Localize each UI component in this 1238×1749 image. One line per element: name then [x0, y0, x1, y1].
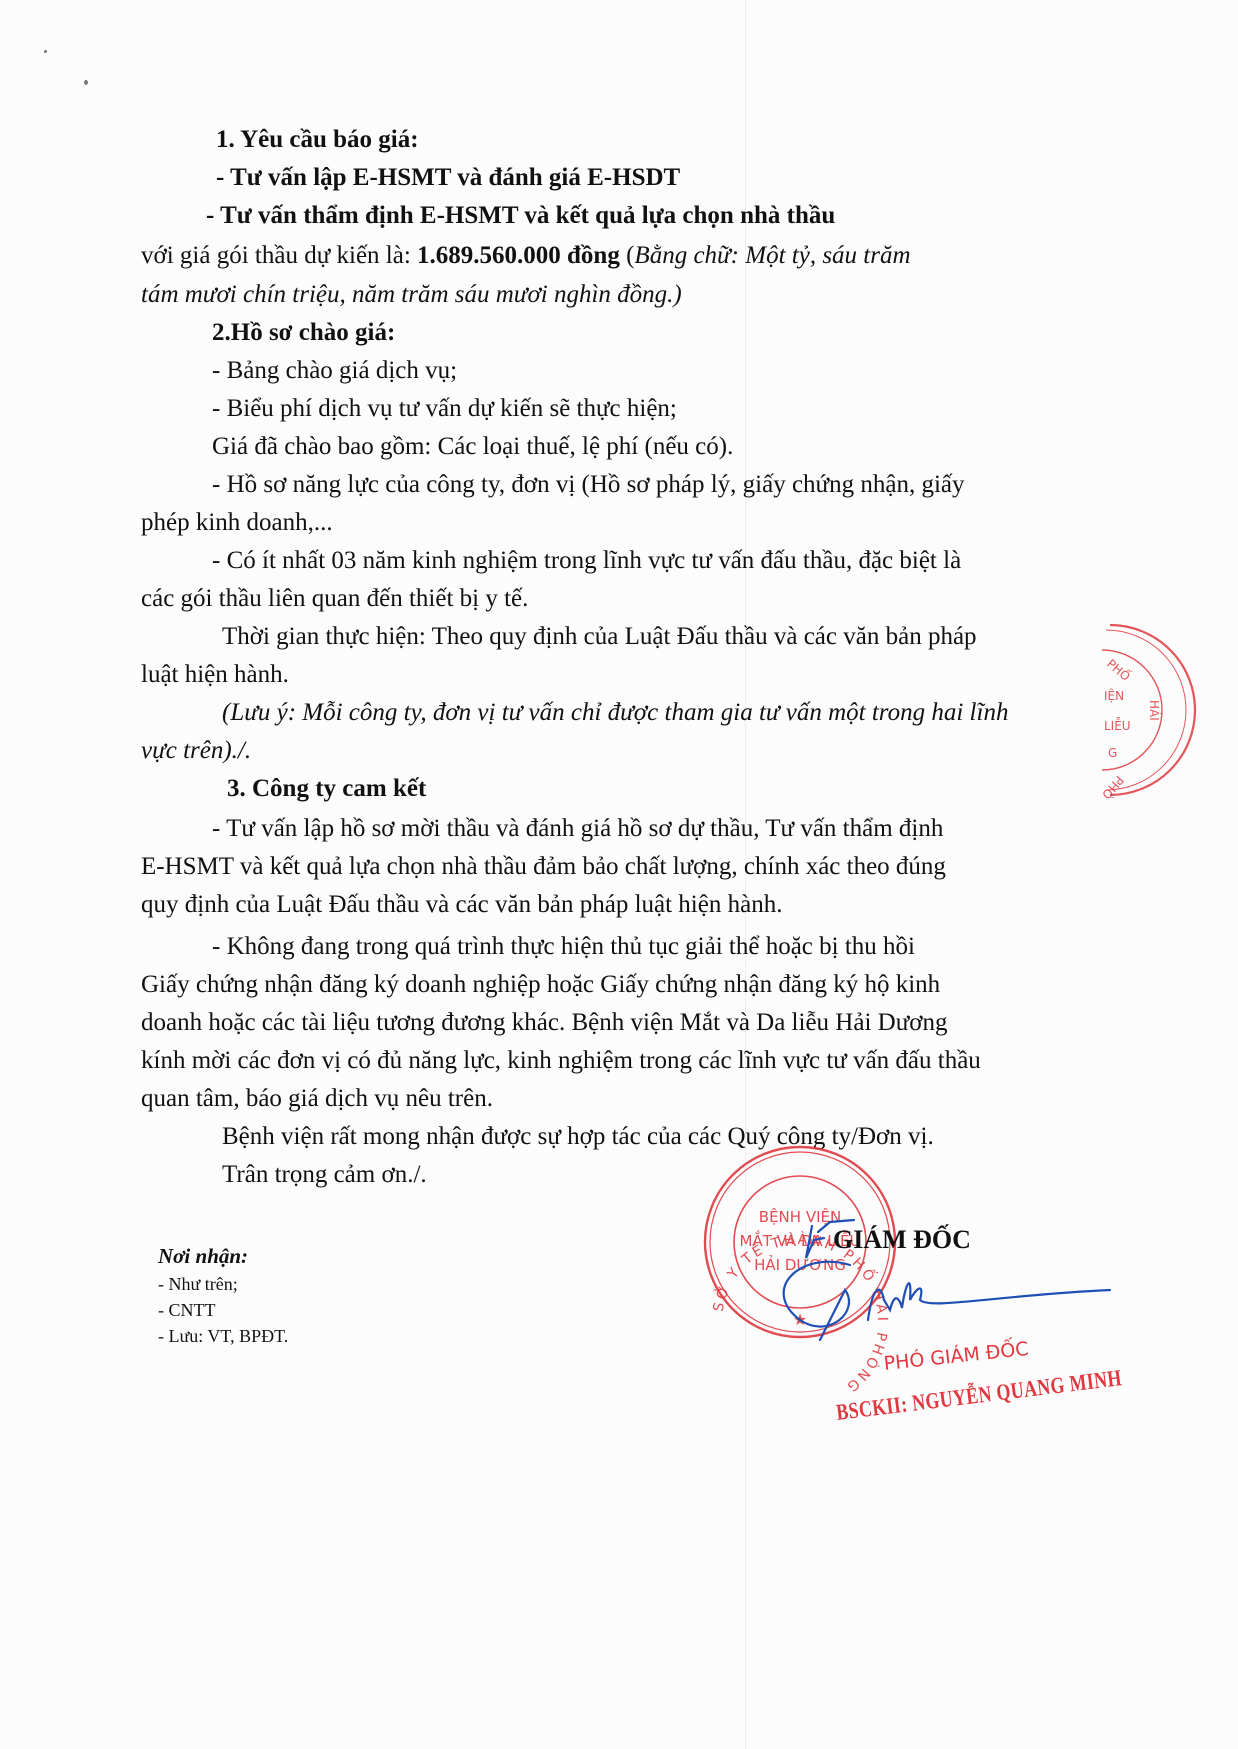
svg-text:LIỄU: LIỄU — [1104, 717, 1131, 733]
section-2-item: - Hồ sơ năng lực của công ty, đơn vị (Hồ… — [212, 472, 965, 497]
svg-text:PHÒ: PHÒ — [1099, 773, 1127, 802]
section-1-item: - Tư vấn lập E-HSMT và đánh giá E-HSDT — [216, 165, 680, 190]
commitment-text: - Không đang trong quá trình thực hiện t… — [212, 934, 915, 959]
signatory-title: GIÁM ĐỐC — [833, 1225, 971, 1255]
commitment-text: Giấy chứng nhận đăng ký doanh nghiệp hoặ… — [141, 972, 940, 997]
commitment-text: doanh hoặc các tài liệu tương đương khác… — [141, 1010, 947, 1035]
svg-text:PHỐ: PHỐ — [1104, 655, 1134, 684]
section-1-item: - Tư vấn thẩm định E-HSMT và kết quả lựa… — [206, 203, 835, 228]
scan-speck — [44, 50, 47, 53]
page-seal-stamp — [1102, 625, 1195, 795]
price-line: với giá gói thầu dự kiến là: 1.689.560.0… — [141, 243, 911, 268]
svg-text:HẢI: HẢI — [1147, 700, 1163, 721]
signatory-title-text: GIÁM ĐỐC — [833, 1225, 971, 1254]
commitment-text: - Tư vấn lập hồ sơ mời thầu và đánh giá … — [212, 816, 943, 841]
section-2-item-cont: các gói thầu liên quan đến thiết bị y tế… — [141, 586, 528, 611]
price-paren: ( — [620, 242, 635, 269]
commitment-text: E-HSMT và kết quả lựa chọn nhà thầu đảm … — [141, 854, 946, 879]
recipient-item: - CNTT — [158, 1297, 288, 1323]
closing-line: Bệnh viện rất mong nhận được sự hợp tác … — [222, 1124, 934, 1149]
price-value: 1.689.560.000 đồng — [417, 242, 620, 269]
recipient-item: - Lưu: VT, BPĐT. — [158, 1323, 288, 1349]
price-words-continued: tám mươi chín triệu, năm trăm sáu mươi n… — [141, 282, 682, 307]
section-3-heading: 3. Công ty cam kết — [227, 776, 426, 801]
svg-text:IỆN: IỆN — [1104, 688, 1124, 703]
deputy-title: PHÓ GIÁM ĐỐC — [883, 1338, 1030, 1375]
time-requirement: Thời gian thực hiện: Theo quy định của L… — [222, 624, 977, 649]
signatory-name: BSCKII: NGUYỄN QUANG MINH — [835, 1365, 1123, 1426]
commitment-text: kính mời các đơn vị có đủ năng lực, kinh… — [141, 1048, 981, 1073]
svg-text:★: ★ — [793, 1310, 807, 1329]
section-2-item: - Bảng chào giá dịch vụ; — [212, 358, 457, 383]
note-cont: vực trên)./. — [141, 738, 251, 763]
closing-thanks: Trân trọng cảm ơn./. — [222, 1162, 427, 1187]
commitment-text: quan tâm, báo giá dịch vụ nêu trên. — [141, 1086, 493, 1111]
section-2-item: - Có ít nhất 03 năm kinh nghiệm trong lĩ… — [212, 548, 961, 573]
page-seal-text: PHỐ IỆN LIỄU G HẢI PHÒ — [1099, 655, 1163, 802]
time-requirement-cont: luật hiện hành. — [141, 662, 289, 687]
price-note: Giá đã chào bao gồm: Các loại thuế, lệ p… — [212, 434, 733, 459]
scan-speck — [84, 80, 88, 85]
svg-text:G: G — [1108, 746, 1117, 760]
svg-text:BỆNH VIỆN: BỆNH VIỆN — [759, 1207, 841, 1226]
section-2-item: - Biểu phí dịch vụ tư vấn dự kiến sẽ thự… — [212, 396, 677, 421]
note: (Lưu ý: Mỗi công ty, đơn vị tư vấn chỉ đ… — [222, 700, 1008, 725]
price-prefix: với giá gói thầu dự kiến là: — [141, 242, 417, 269]
recipient-item: - Như trên; — [158, 1271, 288, 1297]
commitment-text: quy định của Luật Đấu thầu và các văn bả… — [141, 892, 782, 917]
price-words: Bằng chữ: Một tỷ, sáu trăm — [634, 242, 910, 269]
svg-text:HẢI DƯƠNG: HẢI DƯƠNG — [754, 1254, 846, 1274]
section-2-heading: 2.Hồ sơ chào giá: — [212, 320, 395, 345]
recipients-title: Nơi nhận: — [158, 1243, 288, 1269]
recipients-block: Nơi nhận: - Như trên; - CNTT - Lưu: VT, … — [158, 1243, 288, 1349]
section-2-item-cont: phép kinh doanh,... — [141, 510, 333, 535]
section-1-heading: 1. Yêu cầu báo giá: — [216, 127, 419, 152]
svg-text:SỞ Y TẾ THÀNH PHỐ HẢI PHÒNG: SỞ Y TẾ THÀNH PHỐ HẢI PHÒNG — [711, 1231, 892, 1396]
